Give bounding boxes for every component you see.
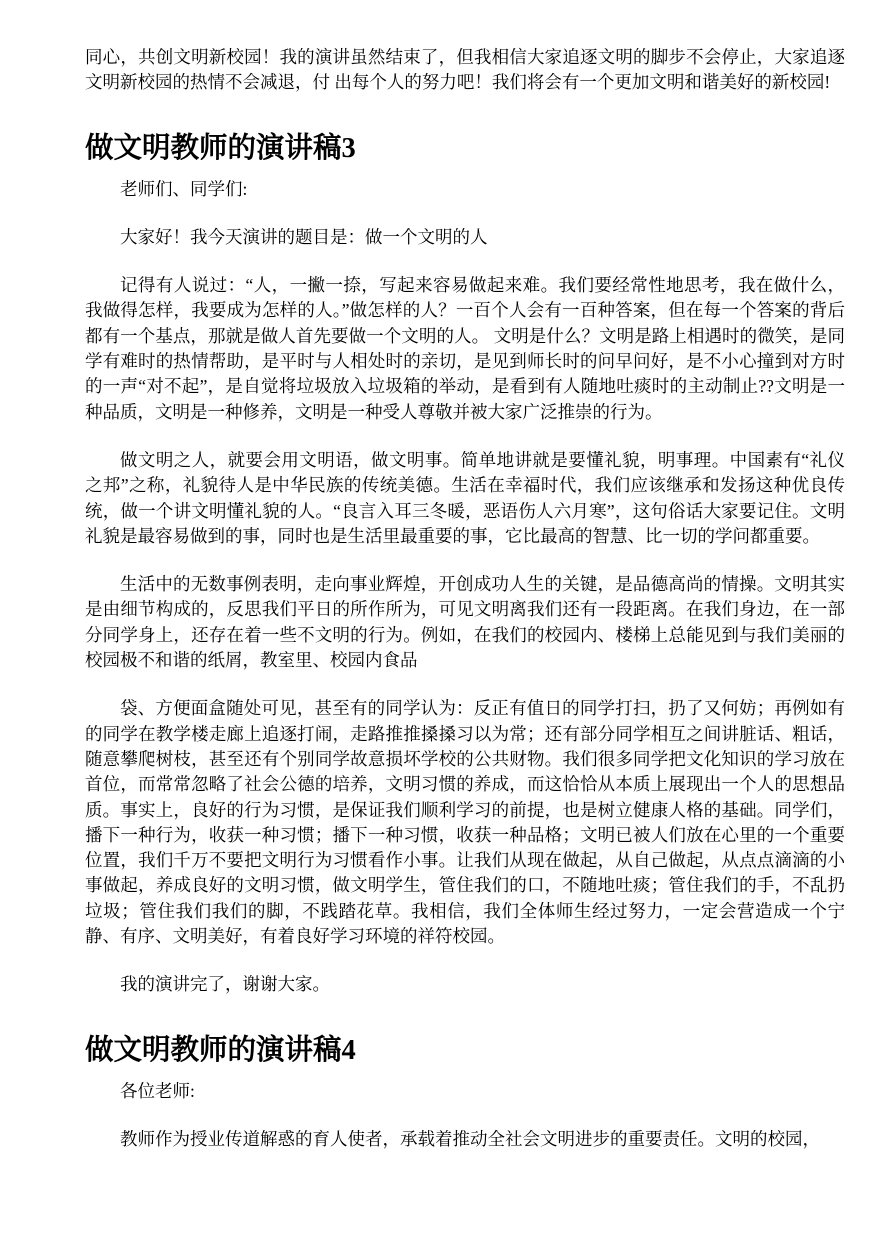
document-content: 同心，共创文明新校园！我的演讲虽然结束了，但我相信大家追逐文明的脚步不会停止，大…	[85, 45, 845, 1175]
salutation-speech-4: 各位老师:	[85, 1079, 845, 1104]
heading-speech-4: 做文明教师的演讲稿4	[85, 1032, 845, 1069]
body-paragraph-3-speech-3: 生活中的无数事例表明，走向事业辉煌，开创成功人生的关键，是品德高尚的情操。文明其…	[85, 572, 845, 673]
closing-paragraph-previous-speech: 同心，共创文明新校园！我的演讲虽然结束了，但我相信大家追逐文明的脚步不会停止，大…	[85, 45, 845, 96]
body-paragraph-2-speech-3: 做文明之人，就要会用文明语，做文明事。简单地讲就是要懂礼貌，明事理。中国素有“礼…	[85, 448, 845, 549]
closing-paragraph-speech-3: 我的演讲完了，谢谢大家。	[85, 972, 845, 997]
body-paragraph-4-speech-3: 袋、方便面盒随处可见，甚至有的同学认为：反正有值日的同学打扫，扔了又何妨；再例如…	[85, 696, 845, 949]
document-page: 同心，共创文明新校园！我的演讲虽然结束了，但我相信大家追逐文明的脚步不会停止，大…	[0, 0, 884, 1250]
body-paragraph-1-speech-4: 教师作为授业传道解惑的育人使者，承载着推动全社会文明进步的重要责任。文明的校园，	[85, 1127, 845, 1152]
body-paragraph-1-speech-3: 记得有人说过：“人，一撇一捺，写起来容易做起来难。我们要经常性地思考，我在做什么…	[85, 273, 845, 425]
salutation-speech-3: 老师们、同学们:	[85, 177, 845, 202]
heading-speech-3: 做文明教师的演讲稿3	[85, 130, 845, 167]
greeting-paragraph-speech-3: 大家好！我今天演讲的题目是：做一个文明的人	[85, 225, 845, 250]
